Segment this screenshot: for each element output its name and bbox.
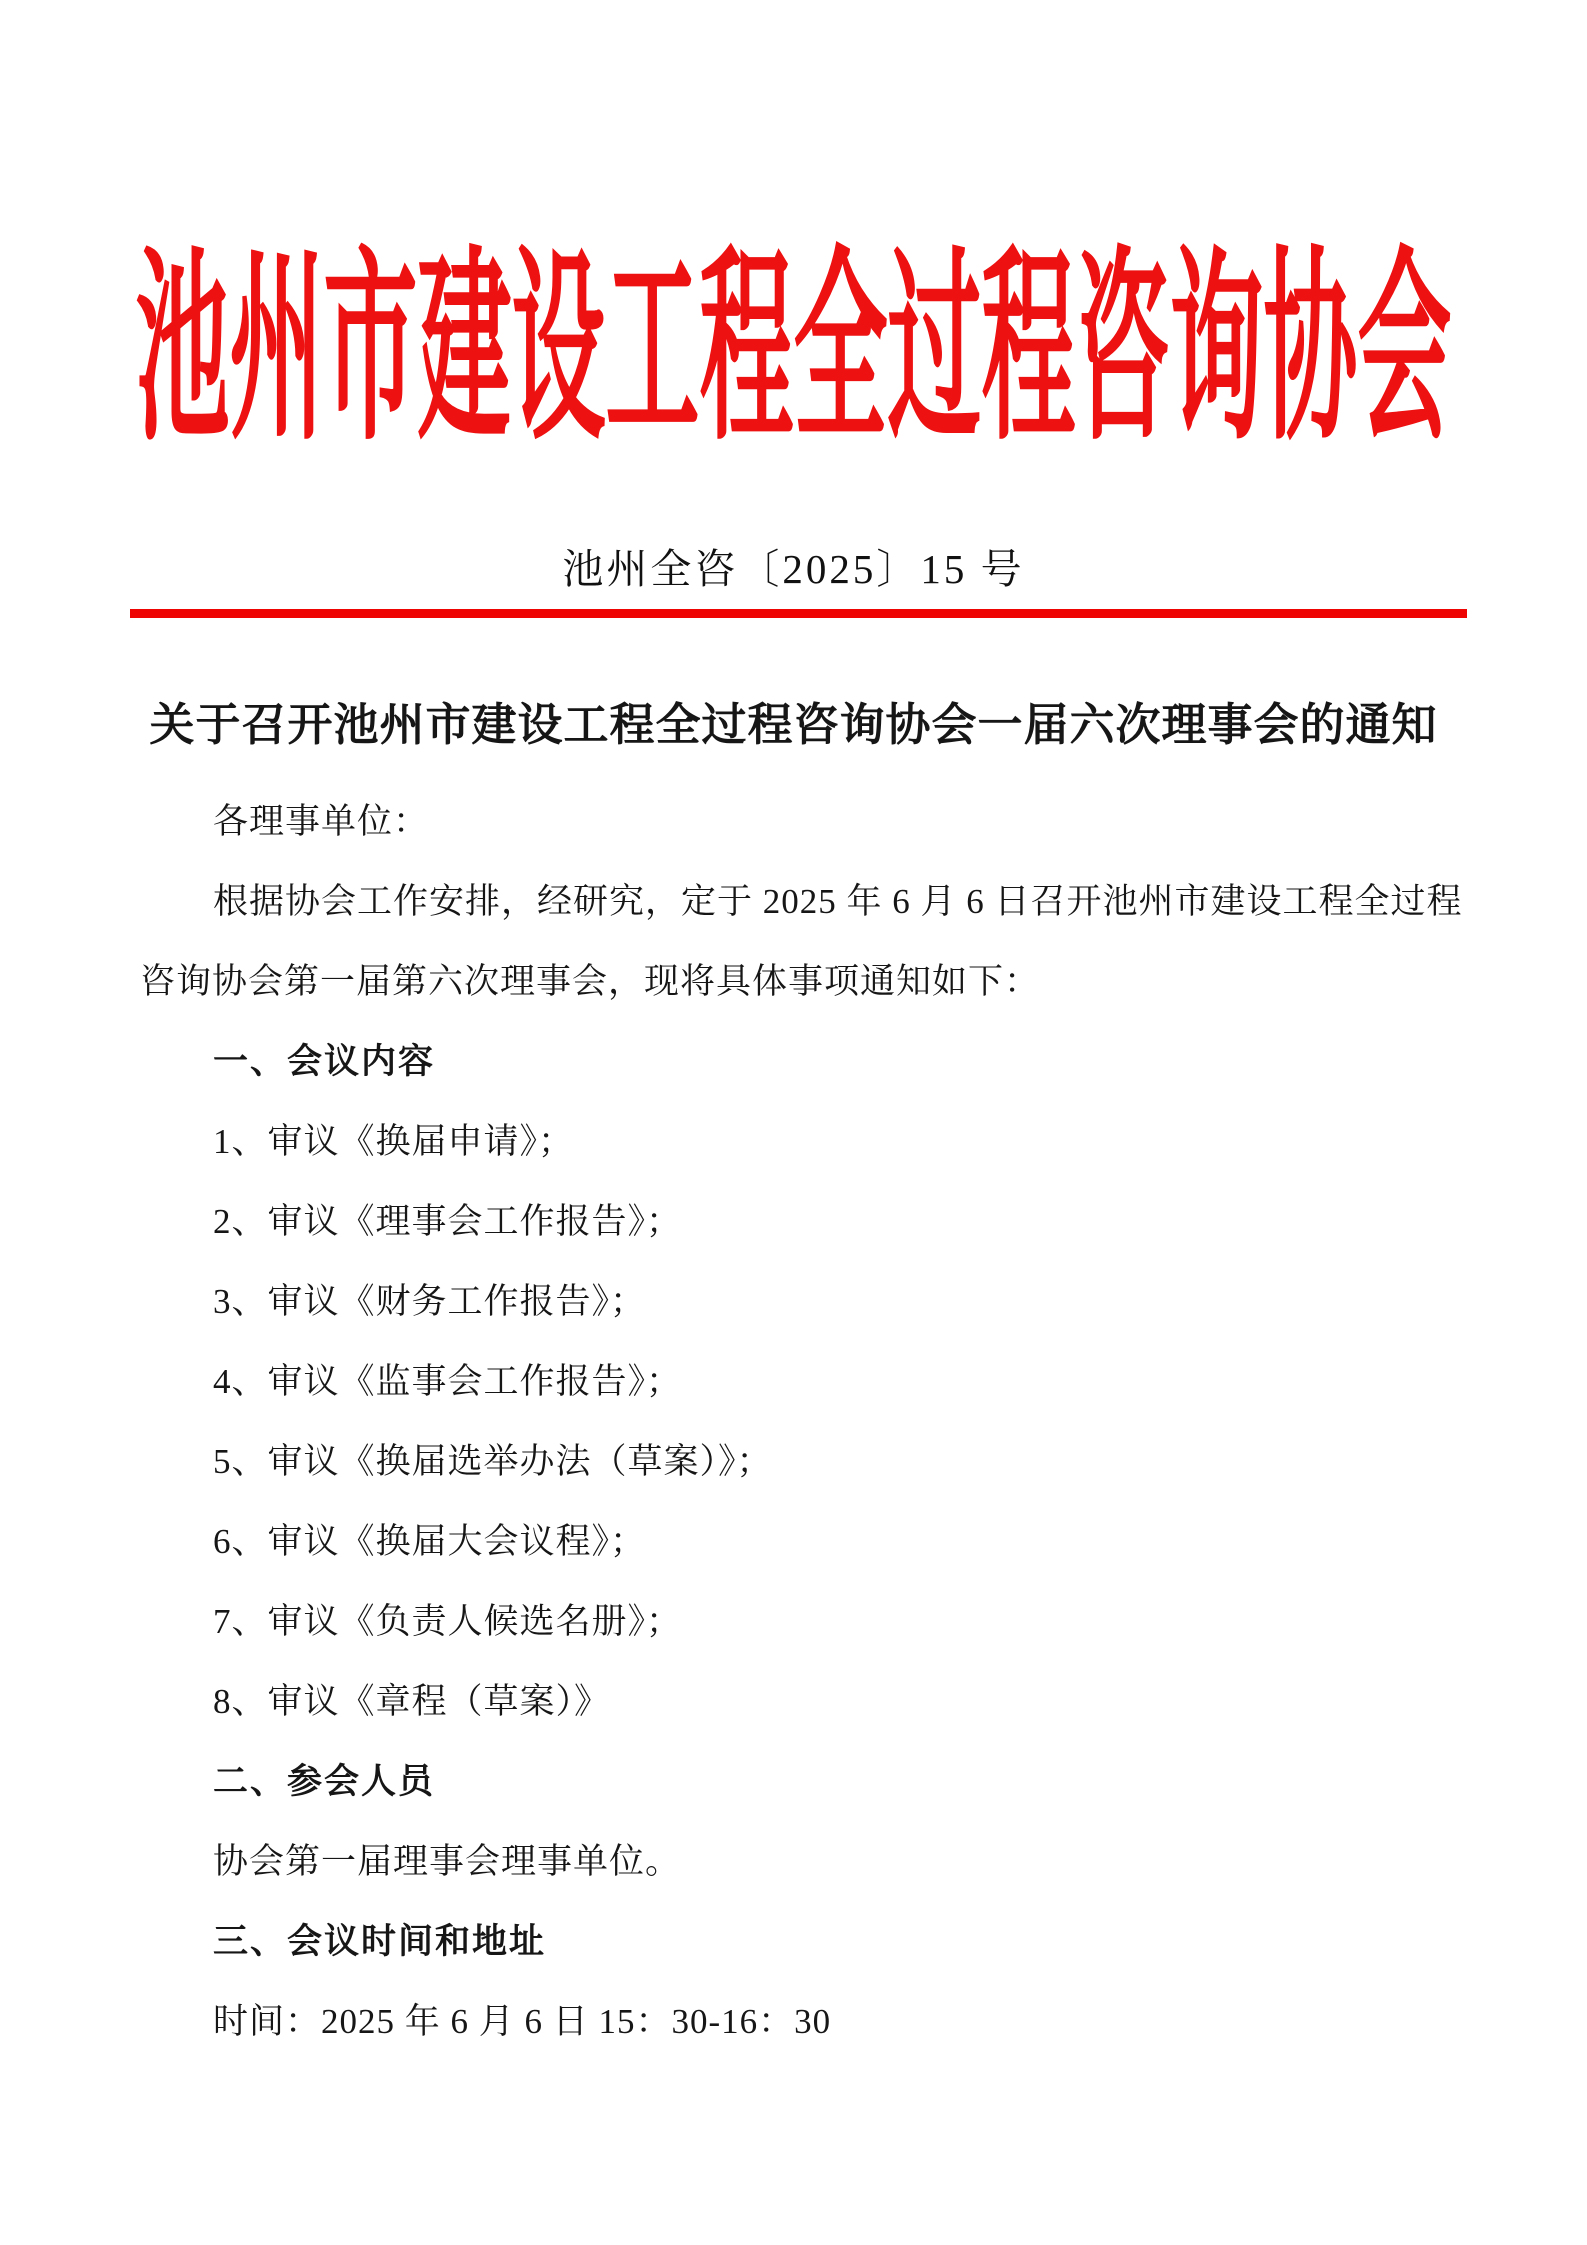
agenda-item: 1、审议《换届申请》； <box>140 1102 1461 1182</box>
notice-title: 关于召开池州市建设工程全过程咨询协会一届六次理事会的通知 <box>0 697 1587 753</box>
doc-number: 池州全咨〔2025〕15 号 <box>0 543 1587 595</box>
red-divider-rule <box>130 609 1467 618</box>
agenda-item: 4、审议《监事会工作报告》； <box>140 1342 1461 1422</box>
agenda-item: 8、审议《章程（草案）》 <box>140 1662 1461 1742</box>
section-heading-participants: 二、参会人员 <box>140 1742 1461 1822</box>
agenda-item: 5、审议《换届选举办法（草案）》； <box>140 1422 1461 1502</box>
agenda-item: 6、审议《换届大会议程》； <box>140 1502 1461 1582</box>
agenda-item: 7、审议《负责人候选名册》； <box>140 1582 1461 1662</box>
participants-body: 协会第一届理事会理事单位。 <box>140 1822 1461 1902</box>
intro-paragraph-line-1: 根据协会工作安排，经研究，定于 2025 年 6 月 6 日召开池州市建设工程全… <box>140 862 1461 942</box>
letterhead: 池州市建设工程全过程咨询协会 <box>0 248 1587 342</box>
notice-document-page: 池州市建设工程全过程咨询协会 池州全咨〔2025〕15 号 关于召开池州市建设工… <box>0 0 1587 2245</box>
notice-body: 各理事单位： 根据协会工作安排，经研究，定于 2025 年 6 月 6 日召开池… <box>140 782 1461 2062</box>
agenda-list: 1、审议《换届申请》；2、审议《理事会工作报告》；3、审议《财务工作报告》；4、… <box>140 1102 1461 1742</box>
agenda-item: 2、审议《理事会工作报告》； <box>140 1182 1461 1262</box>
agenda-item: 3、审议《财务工作报告》； <box>140 1262 1461 1342</box>
meeting-time: 时间：2025 年 6 月 6 日 15：30-16：30 <box>140 1982 1461 2062</box>
section-heading-meeting-content: 一、会议内容 <box>140 1022 1461 1102</box>
salutation: 各理事单位： <box>140 782 1461 862</box>
intro-paragraph-line-2: 咨询协会第一届第六次理事会，现将具体事项通知如下： <box>140 942 1461 1022</box>
section-heading-time-and-place: 三、会议时间和地址 <box>140 1902 1461 1982</box>
org-title: 池州市建设工程全过程咨询协会 <box>135 248 1451 455</box>
